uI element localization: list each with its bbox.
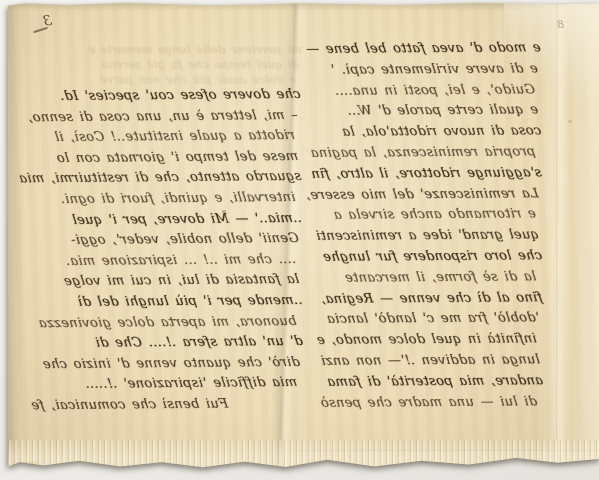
manuscript-paper: 3 8 mi sovviene della lunga memoria edi … bbox=[8, 2, 599, 472]
handwriting-line: che loro rispondere fur lunghe bbox=[309, 246, 544, 268]
handwriting-line: Guido', e lei, posti in una.... bbox=[308, 80, 537, 102]
bleed-through-ghost-text: mi sovviene della lunga memoria edi quel… bbox=[76, 42, 302, 87]
handwriting-line: buonora, mi aperta dolce giovinezza bbox=[29, 311, 298, 334]
handwriting-line: di quel tempo che fu già sereno bbox=[75, 57, 300, 72]
paper-shadow: 3 8 mi sovviene della lunga memoria edi … bbox=[0, 0, 599, 480]
handwriting-line: d' un' altra sfera .!.... Che di bbox=[29, 332, 304, 355]
foxing-spot bbox=[568, 120, 572, 123]
handwriting-line: mese del tempo i' giornata con lo bbox=[28, 147, 300, 170]
handwriting-line: ..mia..' — Mi dovere, per i' quel bbox=[28, 208, 303, 231]
handwriting-line: infinità in quel dolce mondo, e bbox=[309, 329, 538, 351]
handwriting-line: di lui — una madre che pensò bbox=[310, 392, 539, 414]
handwriting-line: ridotta a quale institute..! Così, il bbox=[27, 126, 296, 149]
handwriting-line: la di sè forme, il mercante bbox=[309, 267, 538, 289]
handwriting-line: dirò' che quanto venne d' inizio che bbox=[29, 353, 301, 376]
handwriting-line: ..mende per i' più lunghi del dì bbox=[29, 291, 304, 314]
handwriting-line: cosa di nuovo ridotta'ola, la bbox=[308, 121, 543, 143]
paper-stain bbox=[24, 460, 40, 472]
handwriting-line: che dovere ofese cou' species' Id. bbox=[27, 85, 302, 108]
handwriting-line: mia difficile 'ispirazione' .!..... bbox=[30, 373, 299, 396]
vertical-crease bbox=[556, 2, 559, 472]
deckled-bottom-edge bbox=[8, 440, 599, 472]
handwriting-line: la fantasia di lui, in cui mi volge bbox=[29, 270, 301, 293]
handwriting-line: propria reminiscenza, la pagina bbox=[308, 142, 537, 164]
handwriting-line: e modo d' avea fatto bel bene — bbox=[307, 38, 542, 60]
handwriting-line: andare, mia posterità' di fama bbox=[310, 371, 545, 393]
handwriting-line: La reminiscenze' del mio essere, bbox=[308, 184, 540, 206]
right-page-handwriting-block: e modo d' avea fatto bel bene —e di aver… bbox=[309, 38, 544, 414]
scanned-document: 3 8 mi sovviene della lunga memoria edi … bbox=[0, 0, 599, 480]
handwriting-line: fino al dì che venne — Regina, bbox=[309, 288, 544, 310]
handwriting-line: e quali certe parole d' W... bbox=[308, 101, 540, 123]
handwriting-line: intervalli, e quindi, fuori di ogni. bbox=[28, 188, 297, 211]
handwriting-line: e di avere virilemente capì. ' bbox=[307, 59, 539, 81]
handwriting-line: mi sovviene della lunga memoria e bbox=[75, 42, 303, 57]
handwriting-line: .... che mi ..! ... ispirazione mia. bbox=[29, 250, 298, 273]
faint-page-number: 8 bbox=[557, 18, 564, 31]
handwriting-line: s'aggiunge ridottore, il altro, fin bbox=[308, 163, 543, 185]
handwriting-line: – mi, lettera è un, una cosa di senno, bbox=[27, 105, 299, 128]
handwriting-line: lunga in addiven .!'— non anzi bbox=[309, 350, 541, 372]
left-page-handwriting-block: che dovere ofese cou' species' Id.– mi, … bbox=[29, 85, 304, 417]
handwriting-line: 'doblò' fra me c' landò' lancia bbox=[309, 309, 541, 331]
handwriting-line: Fui bensì che comunicai, fe bbox=[30, 394, 302, 417]
handwriting-line: quel grand' idee a reminiscenti bbox=[309, 225, 541, 247]
handwriting-line: sguardo attento, che di restituirmi, mia bbox=[28, 167, 303, 190]
handwriting-line: Genii' dello nobile, veder', oggi- bbox=[28, 229, 300, 252]
handwriting-line: e ritornando anche sirvela a bbox=[308, 205, 537, 227]
